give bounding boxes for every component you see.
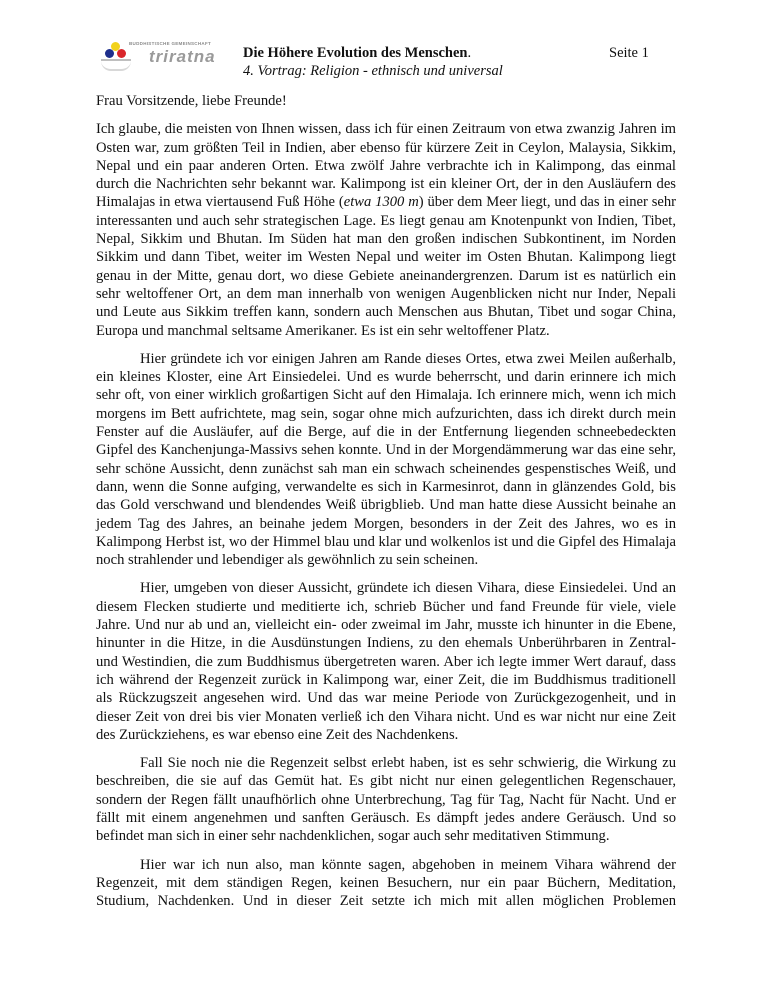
document-subtitle: 4. Vortrag: Religion - ethnisch und univ… xyxy=(243,63,503,80)
document-body: Frau Vorsitzende, liebe Freunde! Ich gla… xyxy=(96,92,676,920)
salutation: Frau Vorsitzende, liebe Freunde! xyxy=(96,92,676,110)
triratna-logo: Buddhistische Gemeinschaft triratna xyxy=(97,38,227,74)
paragraph-4: Fall Sie noch nie die Regenzeit selbst e… xyxy=(96,754,676,845)
document-page: Buddhistische Gemeinschaft triratna Die … xyxy=(0,0,768,994)
lotus-icon xyxy=(101,59,131,71)
paragraph-1: Ich glaube, die meisten von Ihnen wissen… xyxy=(96,120,676,340)
logo-brand: triratna xyxy=(149,47,216,67)
paragraph-2: Hier gründete ich vor einigen Jahren am … xyxy=(96,350,676,570)
paragraph-3: Hier, umgeben von dieser Aussicht, gründ… xyxy=(96,579,676,744)
paragraph-1-italic: etwa 1300 m xyxy=(344,194,419,210)
paragraph-1-part-2: ) über dem Meer liegt, und das in einer … xyxy=(96,194,676,338)
document-title: Die Höhere Evolution des Menschen. xyxy=(243,45,471,62)
three-jewels-icon xyxy=(101,40,131,70)
blue-jewel-icon xyxy=(105,49,114,58)
title-punct: . xyxy=(467,45,471,61)
page-number: Seite 1 xyxy=(609,45,649,62)
red-jewel-icon xyxy=(117,49,126,58)
paragraph-5: Hier war ich nun also, man könnte sagen,… xyxy=(96,856,676,911)
title-text: Die Höhere Evolution des Menschen xyxy=(243,45,467,61)
logo-org-line: Buddhistische Gemeinschaft xyxy=(129,41,211,46)
